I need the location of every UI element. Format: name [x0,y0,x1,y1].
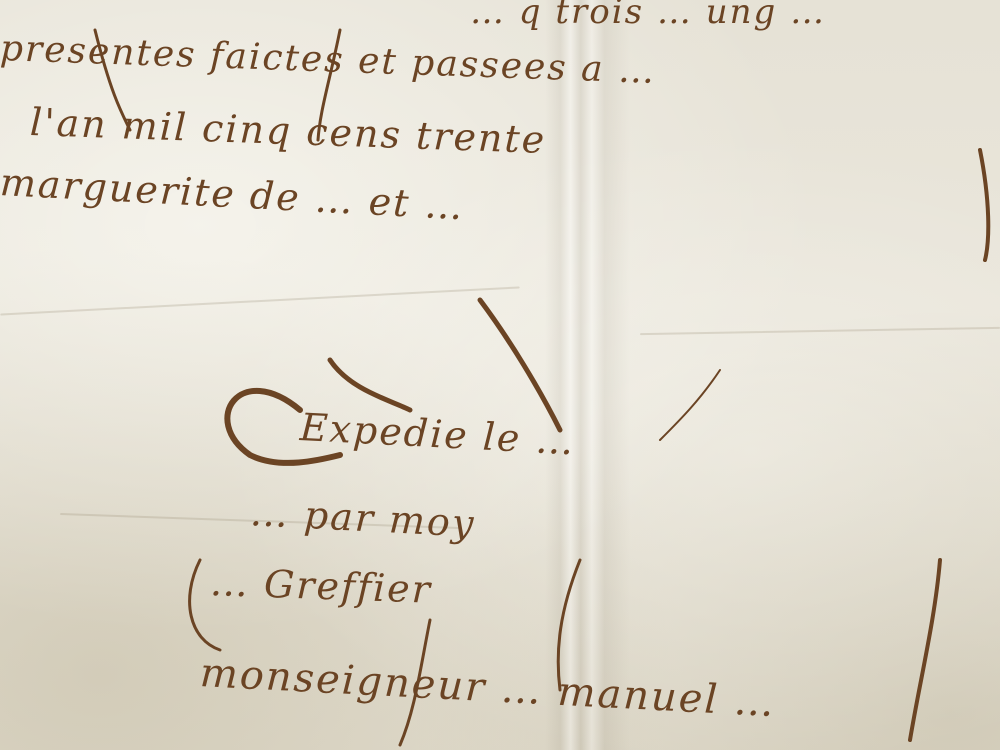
manuscript-line: … q trois … ung … [470,0,826,32]
manuscript-line: … Greffier [209,560,432,612]
parchment-photo: … q trois … ung … presentes faictes et p… [0,0,1000,750]
